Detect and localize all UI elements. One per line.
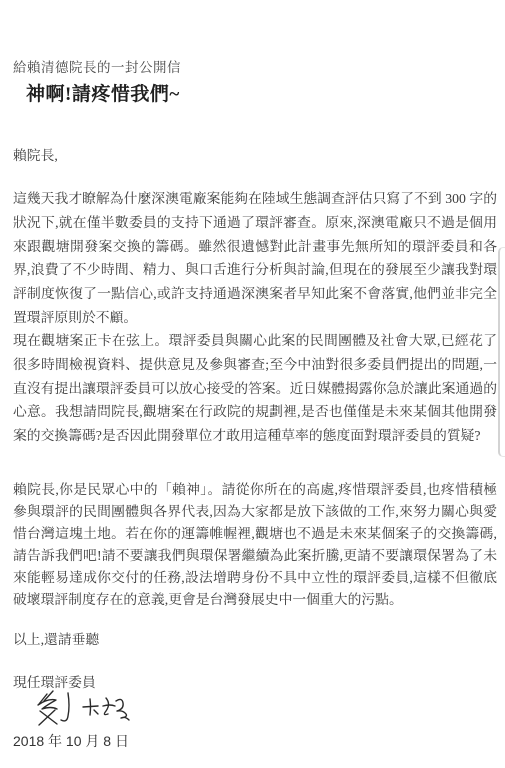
letter-closing: 以上,還請垂聽 [13, 628, 99, 648]
letter-headline: 神啊!請疼惜我們~ [26, 79, 180, 106]
signature-strokes-svg [30, 687, 132, 731]
handwritten-signature [30, 687, 132, 731]
letter-subject: 給賴清德院長的一封公開信 [13, 56, 181, 76]
letter-salutation: 賴院長, [13, 144, 58, 164]
letter-paragraph-2: 現在觀塘案正卡在弦上。環評委員與關心此案的民間團體及社會大眾,已經花了很多時間檢… [13, 329, 497, 448]
letter-date: 2018 年 10 月 8 日 [13, 731, 129, 751]
right-edge-panel-line [498, 247, 505, 457]
letter-paragraph-3: 賴院長,你是民眾心中的「賴神」。請從你所在的高處,疼惜環評委員,也疼惜積極參與環… [13, 479, 497, 611]
open-letter-page: 給賴清德院長的一封公開信 神啊!請疼惜我們~ 賴院長, 這幾天我才瞭解為什麼深澳… [0, 0, 505, 768]
letter-paragraph-1: 這幾天我才瞭解為什麼深澳電廠案能夠在陸域生態調查評估只寫了不到 300 字的狀況… [13, 187, 497, 330]
